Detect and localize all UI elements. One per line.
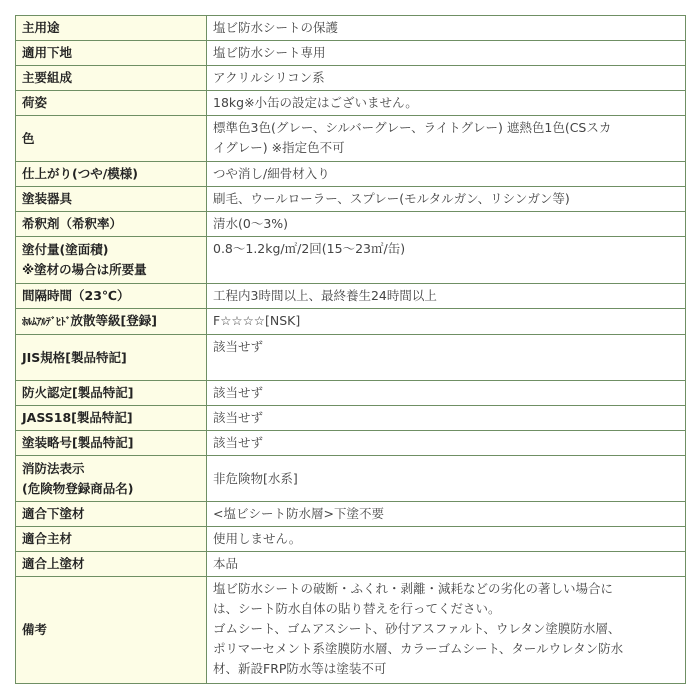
row-label-formaldehyde: ﾎﾙﾑｱﾙﾃﾞﾋﾄﾞ放散等級[登録] (16, 309, 207, 335)
table-row: 適合主材 使用しません。 (16, 527, 686, 552)
table-row: 防火認定[製品特記] 該当せず (16, 381, 686, 406)
row-value-main-material: 使用しません。 (207, 527, 686, 552)
row-value-undercoat: <塩ビシート防水層>下塗不要 (207, 502, 686, 527)
color-line-1: 標準色3色(グレー、シルバーグレー、ライトグレー) 遮熱色1色(CSスカ (213, 118, 679, 138)
table-row: 主要組成 アクリルシリコン系 (16, 66, 686, 91)
row-value-jis: 該当せず (207, 335, 686, 381)
row-label-composition: 主要組成 (16, 66, 207, 91)
table-row: 消防法表示 (危険物登録商品名) 非危険物[水系] (16, 456, 686, 502)
row-value-main-use: 塩ビ防水シートの保護 (207, 16, 686, 41)
row-value-coverage: 0.8～1.2kg/㎡/2回(15～23㎡/缶) (207, 237, 686, 284)
row-label-undercoat: 適合下塗材 (16, 502, 207, 527)
table-row: 塗装器具 刷毛、ウールローラー、スプレー(モルタルガン、リシンガン等) (16, 187, 686, 212)
row-label-color: 色 (16, 116, 207, 162)
table-row: 主用途 塩ビ防水シートの保護 (16, 16, 686, 41)
row-value-interval: 工程内3時間以上、最終養生24時間以上 (207, 284, 686, 309)
row-value-finish: つや消し/細骨材入り (207, 162, 686, 187)
row-value-substrate: 塩ビ防水シート専用 (207, 41, 686, 66)
table-row: 荷姿 18kg※小缶の設定はございません。 (16, 91, 686, 116)
remarks-line-2: は、シート防水自体の貼り替えを行ってください。 (213, 599, 679, 619)
row-value-composition: アクリルシリコン系 (207, 66, 686, 91)
table-row: 塗付量(塗面積) ※塗材の場合は所要量 0.8～1.2kg/㎡/2回(15～23… (16, 237, 686, 284)
table-row: 適合下塗材 <塩ビシート防水層>下塗不要 (16, 502, 686, 527)
remarks-line-3: ゴムシート、ゴムアスシート、砂付アスファルト、ウレタン塗膜防水層、 (213, 619, 679, 639)
row-value-tools: 刷毛、ウールローラー、スプレー(モルタルガン、リシンガン等) (207, 187, 686, 212)
remarks-line-4: ポリマーセメント系塗膜防水層、カラーゴムシート、タールウレタン防水 (213, 639, 679, 659)
fire-law-label-line-1: 消防法表示 (22, 459, 200, 479)
row-label-remarks: 備考 (16, 577, 207, 684)
row-label-topcoat: 適合上塗材 (16, 552, 207, 577)
row-label-jass18: JASS18[製品特記] (16, 406, 207, 431)
formaldehyde-prefix: ﾎﾙﾑｱﾙﾃﾞﾋﾄﾞ (22, 316, 71, 328)
table-row: 備考 塩ビ防水シートの破断・ふくれ・剥離・減耗などの劣化の著しい場合に は、シー… (16, 577, 686, 684)
row-label-thinner: 希釈剤（希釈率） (16, 212, 207, 237)
table-row: 間隔時間（23℃） 工程内3時間以上、最終養生24時間以上 (16, 284, 686, 309)
row-value-fire-law: 非危険物[水系] (207, 456, 686, 502)
row-value-jass18: 該当せず (207, 406, 686, 431)
row-label-packaging: 荷姿 (16, 91, 207, 116)
coverage-label-line-2: ※塗材の場合は所要量 (22, 260, 200, 280)
row-value-packaging: 18kg※小缶の設定はございません。 (207, 91, 686, 116)
table-row: 塗装略号[製品特記] 該当せず (16, 431, 686, 456)
table-row: JIS規格[製品特記] 該当せず (16, 335, 686, 381)
row-label-main-material: 適合主材 (16, 527, 207, 552)
coverage-label-line-1: 塗付量(塗面積) (22, 240, 200, 260)
product-spec-table: 主用途 塩ビ防水シートの保護 適用下地 塩ビ防水シート専用 主要組成 アクリルシ… (15, 15, 686, 684)
row-label-coverage: 塗付量(塗面積) ※塗材の場合は所要量 (16, 237, 207, 284)
row-label-interval: 間隔時間（23℃） (16, 284, 207, 309)
table-row: 仕上がり(つや/模様) つや消し/細骨材入り (16, 162, 686, 187)
row-label-main-use: 主用途 (16, 16, 207, 41)
remarks-line-1: 塩ビ防水シートの破断・ふくれ・剥離・減耗などの劣化の著しい場合に (213, 579, 679, 599)
row-value-color: 標準色3色(グレー、シルバーグレー、ライトグレー) 遮熱色1色(CSスカ イグレ… (207, 116, 686, 162)
color-line-2: イグレー) ※指定色不可 (213, 138, 679, 158)
remarks-line-5: 材、新設FRP防水等は塗装不可 (213, 659, 679, 679)
row-label-substrate: 適用下地 (16, 41, 207, 66)
row-value-fireproof: 該当せず (207, 381, 686, 406)
row-value-formaldehyde: F☆☆☆☆[NSK] (207, 309, 686, 335)
row-value-code: 該当せず (207, 431, 686, 456)
row-value-thinner: 清水(0～3%) (207, 212, 686, 237)
table-row: JASS18[製品特記] 該当せず (16, 406, 686, 431)
table-row: 色 標準色3色(グレー、シルバーグレー、ライトグレー) 遮熱色1色(CSスカ イ… (16, 116, 686, 162)
row-label-code: 塗装略号[製品特記] (16, 431, 207, 456)
row-label-fire-law: 消防法表示 (危険物登録商品名) (16, 456, 207, 502)
formaldehyde-suffix: 放散等級[登録] (71, 313, 157, 328)
row-label-tools: 塗装器具 (16, 187, 207, 212)
row-value-remarks: 塩ビ防水シートの破断・ふくれ・剥離・減耗などの劣化の著しい場合に は、シート防水… (207, 577, 686, 684)
row-label-fireproof: 防火認定[製品特記] (16, 381, 207, 406)
row-label-jis: JIS規格[製品特記] (16, 335, 207, 381)
table-row: 適合上塗材 本品 (16, 552, 686, 577)
table-row: ﾎﾙﾑｱﾙﾃﾞﾋﾄﾞ放散等級[登録] F☆☆☆☆[NSK] (16, 309, 686, 335)
table-row: 希釈剤（希釈率） 清水(0～3%) (16, 212, 686, 237)
fire-law-label-line-2: (危険物登録商品名) (22, 479, 200, 499)
row-value-topcoat: 本品 (207, 552, 686, 577)
row-label-finish: 仕上がり(つや/模様) (16, 162, 207, 187)
table-row: 適用下地 塩ビ防水シート専用 (16, 41, 686, 66)
